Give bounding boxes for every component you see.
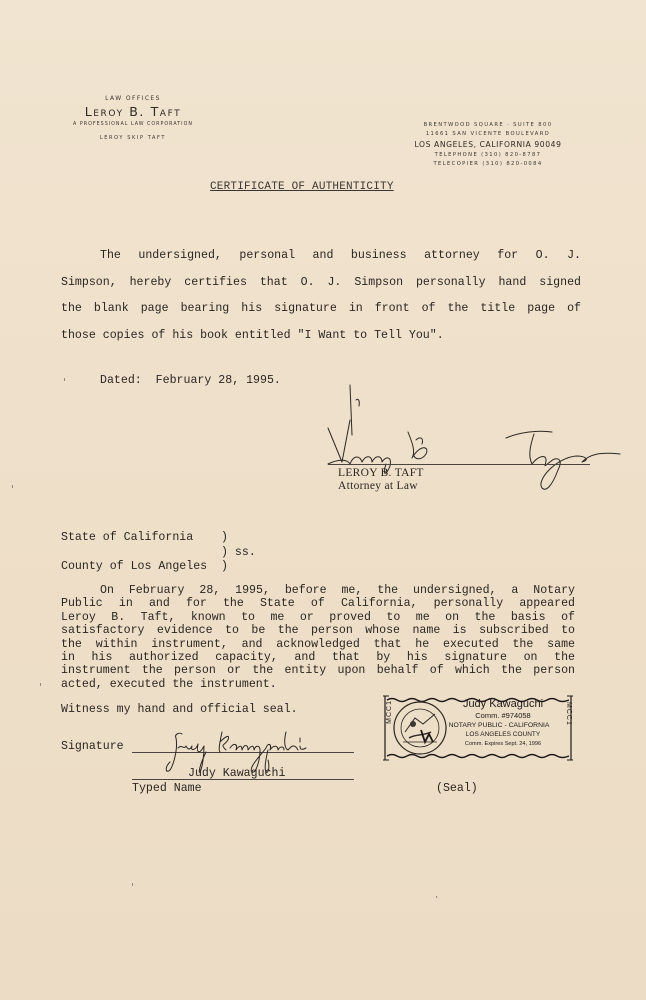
notary-acknowledgment-paragraph: On February 28, 1995, before me, the und…	[61, 584, 575, 691]
corporation-label: A PROFESSIONAL LAW CORPORATION	[58, 122, 208, 127]
document-title: CERTIFICATE OF AUTHENTICITY	[210, 181, 394, 193]
paragraph-line: Simpson, hereby certifies that O. J. Sim…	[61, 270, 581, 297]
seal-label: (Seal)	[436, 782, 478, 795]
venue-county: County of Los Angeles )	[61, 560, 256, 575]
paragraph-line: satisfactory evidence to be the person w…	[61, 624, 575, 637]
typed-name-line	[132, 779, 354, 780]
paragraph-line: The undersigned, personal and business a…	[61, 243, 581, 270]
paper-speck	[12, 485, 13, 488]
paper-speck	[64, 378, 65, 381]
letterhead-left: LAW OFFICES Leroy B. Taft A PROFESSIONAL…	[58, 95, 208, 141]
paper-speck	[436, 896, 437, 898]
attorney-title: Attorney at Law	[338, 480, 418, 492]
paragraph-line: the blank page bearing his signature in …	[61, 296, 581, 323]
letterhead-right: BRENTWOOD SQUARE · SUITE 800 11661 SAN V…	[403, 121, 573, 169]
attorney-typed-name: LEROY B. TAFT	[338, 467, 424, 479]
witness-statement: Witness my hand and official seal.	[61, 703, 298, 716]
paper-speck	[40, 683, 41, 686]
date-line: Dated: February 28, 1995.	[100, 374, 281, 387]
paragraph-line: Public in and for the State of Californi…	[61, 597, 575, 610]
stamp-side-code-left: MCC1	[386, 700, 393, 724]
venue-ss: ) ss.	[61, 546, 256, 561]
signature-label: Signature	[61, 740, 124, 753]
telecopier: TELECOPIER (310) 820-0084	[403, 160, 573, 169]
attorney-signature-line	[328, 464, 590, 465]
stamp-commission-number: Comm. #974058	[432, 710, 574, 721]
typed-name-label: Typed Name	[132, 782, 202, 795]
attorney-name-small: LEROY SKIP TAFT	[58, 135, 208, 141]
stamp-notary-name: Judy Kawaguchi	[432, 698, 574, 710]
address-city: LOS ANGELES, CALIFORNIA 90049	[403, 139, 573, 151]
paragraph-line: Leroy B. Taft, known to me or proved to …	[61, 611, 575, 624]
paragraph-line: instrument the person or the entity upon…	[61, 664, 575, 677]
paragraph-line: those copies of his book entitled "I Wan…	[61, 323, 581, 350]
stamp-notary-title: NOTARY PUBLIC - CALIFORNIA	[424, 721, 574, 730]
paper-speck	[132, 883, 133, 886]
notary-stamp-text: Judy Kawaguchi Comm. #974058 NOTARY PUBL…	[432, 698, 574, 749]
firm-name: Leroy B. Taft	[58, 104, 208, 119]
paragraph-line: acted, executed the instrument.	[61, 678, 575, 691]
venue-block: State of California ) ) ss. County of Lo…	[61, 531, 256, 575]
law-offices-label: LAW OFFICES	[58, 95, 208, 102]
stamp-expiration: Comm. Expires Sept. 24, 1996	[432, 739, 574, 749]
document-page: LAW OFFICES Leroy B. Taft A PROFESSIONAL…	[0, 0, 646, 1000]
venue-state: State of California )	[61, 531, 256, 546]
paragraph-line: On February 28, 1995, before me, the und…	[61, 584, 575, 597]
address-building: BRENTWOOD SQUARE · SUITE 800	[403, 121, 573, 130]
telephone: TELEPHONE (310) 820-8787	[403, 151, 573, 160]
address-street: 11661 SAN VICENTE BOULEVARD	[403, 130, 573, 139]
paragraph-line: in his authorized capacity, and that by …	[61, 651, 575, 664]
certification-paragraph: The undersigned, personal and business a…	[61, 243, 581, 349]
stamp-county: LOS ANGELES COUNTY	[432, 730, 574, 739]
paragraph-line: the within instrument, and acknowledged …	[61, 638, 575, 651]
